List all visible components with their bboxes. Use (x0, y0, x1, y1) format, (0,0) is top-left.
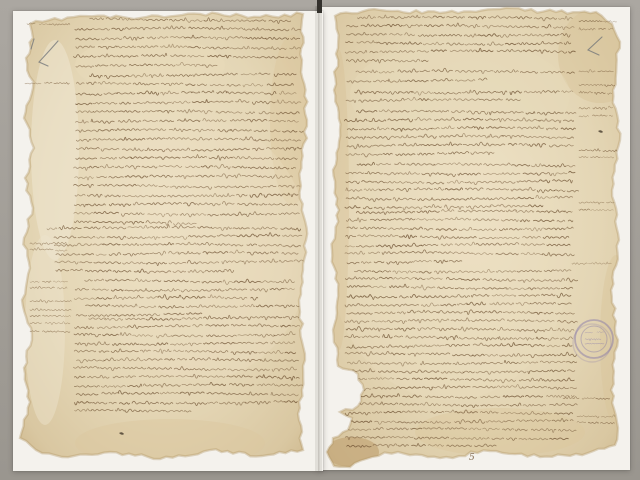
right-page-paper (325, 7, 640, 467)
manuscript-pages: 5 (0, 0, 640, 480)
page-number: 5 (469, 453, 475, 463)
sheet-seam-shadow (315, 6, 322, 471)
left-page-paper (20, 13, 314, 468)
manuscript-scan: 5 (0, 0, 640, 480)
